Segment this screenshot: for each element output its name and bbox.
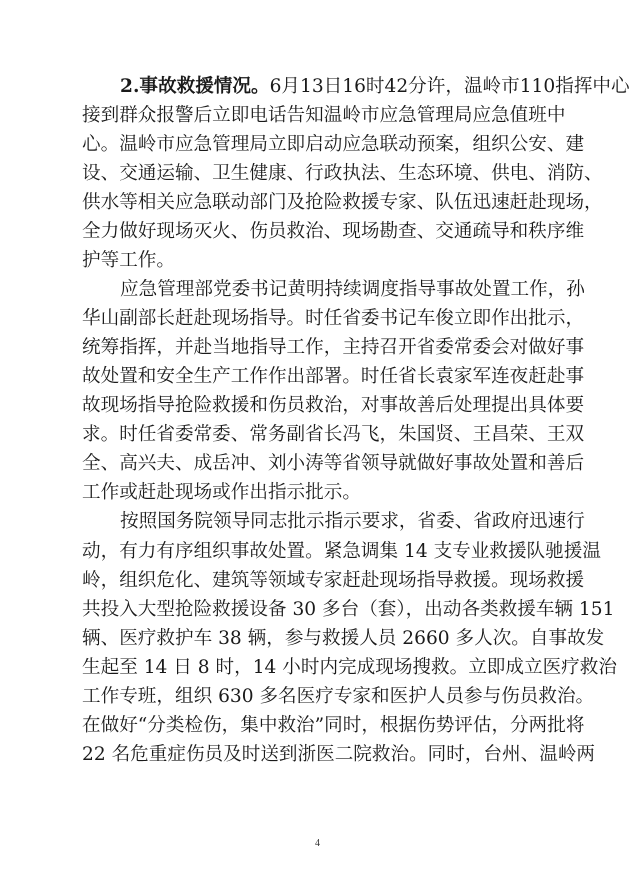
text-line: 故现场指导抢险救援和伤员救治，对事故善后处理提出具体要 bbox=[82, 391, 550, 420]
page-number: 4 bbox=[0, 838, 635, 849]
text-line: 生起至 14 日 8 时，14 小时内完成现场搜救。立即成立医疗救治 bbox=[82, 653, 550, 682]
text-line: 在做好“分类检伤，集中救治”同时，根据伤势评估，分两批将 bbox=[82, 711, 550, 740]
text-line: 全力做好现场灭火、伤员救治、现场勘查、交通疏导和秩序维 bbox=[82, 217, 550, 246]
section-heading: 2.事故救援情况。 bbox=[120, 76, 270, 97]
text-line: 2.事故救援情况。6月13日16时42分许，温岭市110指挥中心 bbox=[82, 72, 550, 101]
text-line: 护等工作。 bbox=[82, 246, 550, 275]
document-page: 2.事故救援情况。6月13日16时42分许，温岭市110指挥中心 接到群众报警后… bbox=[82, 72, 550, 769]
text-line: 全、高兴夫、成岳冲、刘小涛等省领导就做好事故处置和善后 bbox=[82, 449, 550, 478]
text-line: 故处置和安全生产工作作出部署。时任省长袁家军连夜赶赴事 bbox=[82, 362, 550, 391]
text-line: 动，有力有序组织事故处置。紧急调集 14 支专业救援队驰援温 bbox=[82, 537, 550, 566]
text-line: 按照国务院领导同志批示指示要求，省委、省政府迅速行 bbox=[82, 507, 550, 536]
text-line: 岭，组织危化、建筑等领域专家赶赴现场指导救援。现场救援 bbox=[82, 566, 550, 595]
text-line: 共投入大型抢险救援设备 30 多台（套），出动各类救援车辆 151 bbox=[82, 595, 550, 624]
text-line: 工作专班，组织 630 多名医疗专家和医护人员参与伤员救治。 bbox=[82, 682, 550, 711]
text-line: 求。时任省委常委、常务副省长冯飞，朱国贤、王昌荣、王双 bbox=[82, 420, 550, 449]
text-line: 供水等相关应急联动部门及抢险救援专家、队伍迅速赶赴现场， bbox=[82, 188, 550, 217]
text-line: 22 名危重症伤员及时送到浙医二院救治。同时，台州、温岭两 bbox=[82, 740, 550, 769]
text-line: 心。温岭市应急管理局立即启动应急联动预案，组织公安、建 bbox=[82, 130, 550, 159]
text-line: 工作或赶赴现场或作出指示批示。 bbox=[82, 478, 550, 507]
text-line: 接到群众报警后立即电话告知温岭市应急管理局应急值班中 bbox=[82, 101, 550, 130]
text-line: 辆、医疗救护车 38 辆，参与救援人员 2660 多人次。自事故发 bbox=[82, 624, 550, 653]
text-line: 应急管理部党委书记黄明持续调度指导事故处置工作，孙 bbox=[82, 275, 550, 304]
text-line: 统筹指挥，并赴当地指导工作，主持召开省委常委会对做好事 bbox=[82, 333, 550, 362]
text-line: 华山副部长赶赴现场指导。时任省委书记车俊立即作出批示， bbox=[82, 304, 550, 333]
text-span: 6月13日16时42分许，温岭市110指挥中心 bbox=[270, 76, 630, 97]
text-line: 设、交通运输、卫生健康、行政执法、生态环境、供电、消防、 bbox=[82, 159, 550, 188]
